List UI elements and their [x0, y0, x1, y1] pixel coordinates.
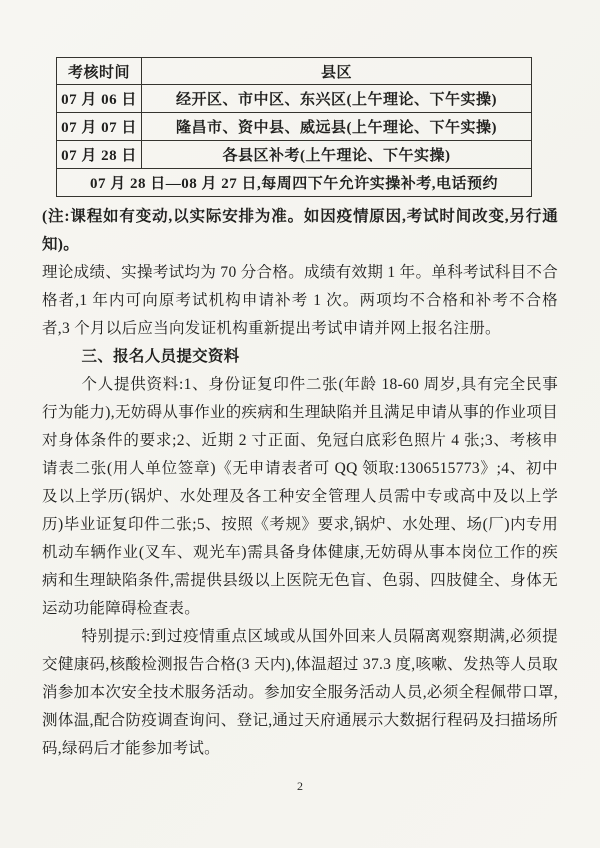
table-row: 07 月 07 日 隆昌市、资中县、威远县(上午理论、下午实操) [57, 113, 532, 141]
table-row: 07 月 28 日 各县区补考(上午理论、下午实操) [57, 141, 532, 169]
special-note-paragraph: 特别提示:到过疫情重点区域或从国外回来人员隔离观察期满,必须提交健康码,核酸检测… [42, 623, 558, 763]
materials-paragraph: 个人提供资料:1、身份证复印件二张(年龄 18-60 周岁,具有完全民事行为能力… [42, 371, 558, 623]
header-cell-time: 考核时间 [57, 58, 142, 85]
districts-cell: 各县区补考(上午理论、下午实操) [142, 141, 532, 169]
table-footer-row: 07 月 28 日—08 月 27 日,每周四下午允许实操补考,电话预约 [57, 169, 532, 197]
date-cell: 07 月 06 日 [57, 85, 142, 113]
page-number: 2 [0, 779, 600, 794]
exam-schedule-table: 考核时间 县区 07 月 06 日 经开区、市中区、东兴区(上午理论、下午实操)… [56, 57, 532, 197]
body-text: (注:课程如有变动,以实际安排为准。如因疫情原因,考试时间改变,另行通知)。 理… [42, 203, 558, 763]
section-heading: 三、报名人员提交资料 [42, 343, 558, 371]
table-header-row: 考核时间 县区 [57, 58, 532, 85]
districts-cell: 经开区、市中区、东兴区(上午理论、下午实操) [142, 85, 532, 113]
districts-cell: 隆昌市、资中县、威远县(上午理论、下午实操) [142, 113, 532, 141]
scores-paragraph: 理论成绩、实操考试均为 70 分合格。成绩有效期 1 年。单科考试科目不合格者,… [42, 259, 558, 343]
table-row: 07 月 06 日 经开区、市中区、东兴区(上午理论、下午实操) [57, 85, 532, 113]
date-cell: 07 月 28 日 [57, 141, 142, 169]
header-cell-district: 县区 [142, 58, 532, 85]
makeup-exam-note-cell: 07 月 28 日—08 月 27 日,每周四下午允许实操补考,电话预约 [57, 169, 532, 197]
document-content: 考核时间 县区 07 月 06 日 经开区、市中区、东兴区(上午理论、下午实操)… [42, 57, 558, 763]
note-paragraph: (注:课程如有变动,以实际安排为准。如因疫情原因,考试时间改变,另行通知)。 [42, 203, 558, 259]
date-cell: 07 月 07 日 [57, 113, 142, 141]
document-page: 考核时间 县区 07 月 06 日 经开区、市中区、东兴区(上午理论、下午实操)… [0, 0, 600, 848]
